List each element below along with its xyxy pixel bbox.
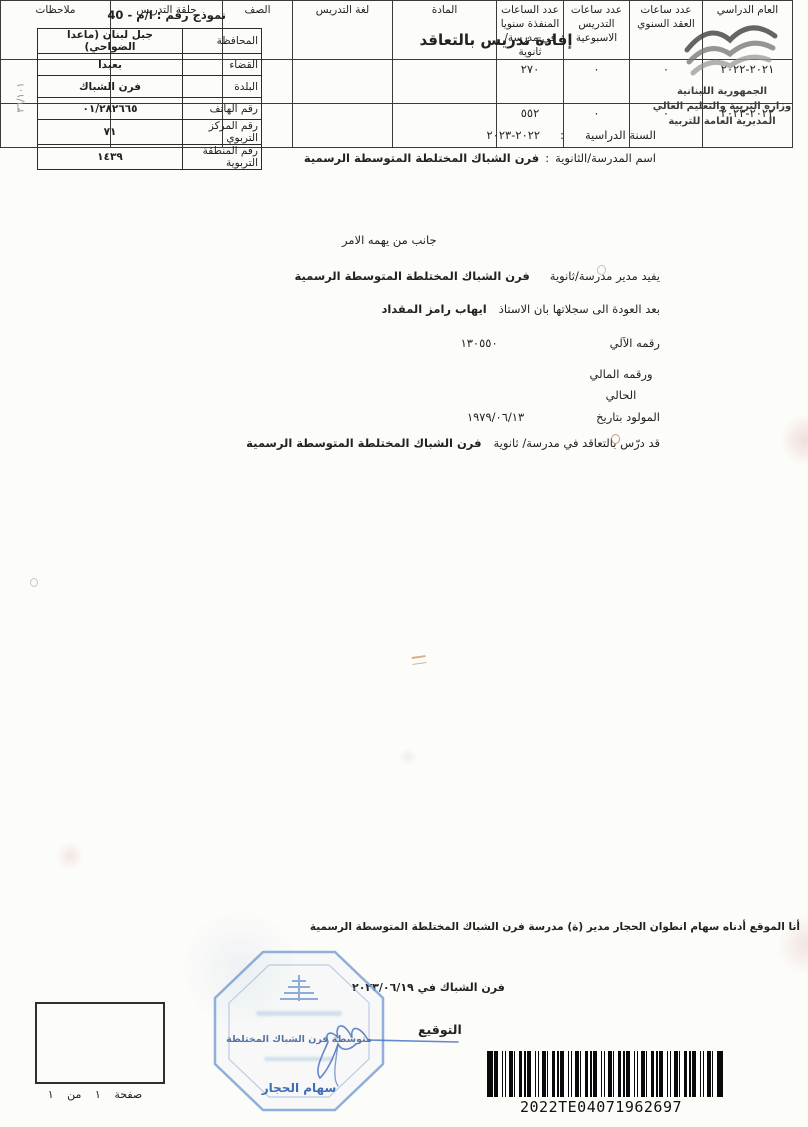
cell-subject [393, 60, 497, 104]
academic-year-line: السنة الدراسية:٢٠٢٢-٢٠٢٣ [487, 128, 656, 142]
birth-date-value: ١٩٧٩/٠٦/١٣ [467, 410, 524, 424]
salutation: جانب من يهمه الامر [342, 233, 437, 247]
scan-speck [30, 578, 38, 587]
teacher-name-value: ايهاب رامز المقداد [381, 302, 486, 316]
info-label: البلدة [183, 76, 262, 98]
statement-records-label: بعد العودة الى سجلاتها بان الاستاذ [499, 302, 660, 316]
table-row: البلدة فرن الشباك [38, 76, 262, 98]
statement-records-line: بعد العودة الى سجلاتها بان الاستاذايهاب … [381, 302, 660, 316]
handwritten-signature [298, 1008, 468, 1098]
taught-line: قد درّس بالتعاقد في مدرسة/ ثانويةفرن الش… [246, 436, 660, 450]
col-subject: المادة [393, 1, 497, 60]
page-number: صفحة ١ من ١ [28, 1088, 162, 1101]
table-row: رقم المركز التربوي ٧١ [38, 120, 262, 145]
ministry-text: الجمهورية اللبنانية وزارة التربية والتعل… [642, 84, 802, 129]
info-value: ١٤٣٩ [38, 145, 183, 170]
barcode-number: 2022TE04071962697 [487, 1098, 715, 1116]
auto-number-label: رقمه الآلي [610, 336, 660, 350]
info-label: رقم المركز التربوي [183, 120, 262, 145]
col-weekly-teaching-hours: عدد ساعات التدريس الاسبوعية [564, 1, 630, 60]
school-name-line: اسم المدرسة/الثانوية:فرن الشباك المختلطة… [304, 151, 656, 165]
page-title: إفادة تدريس بالتعاقد [378, 31, 614, 49]
info-label: رقم المنطقة التربوية [183, 145, 262, 170]
school-name-label: اسم المدرسة/الثانوية [555, 151, 656, 165]
form-number: نموذج رقم : ا/م - 40 [56, 8, 226, 22]
table-row: القضاء بعبدا [38, 54, 262, 76]
ministry-line-republic: الجمهورية اللبنانية [642, 84, 802, 99]
academic-year-label: السنة الدراسية [570, 128, 656, 142]
info-label: القضاء [183, 54, 262, 76]
info-table: المحافظة جبل لبنان (ماعدا الضواحي) القضا… [37, 28, 262, 170]
empty-stamp-box [35, 1002, 165, 1084]
barcode: 2022TE04071962697 [487, 1051, 715, 1116]
table-row: رقم الهاتف ٠١/٢٨٢٦٦٥ [38, 98, 262, 120]
table-row: المحافظة جبل لبنان (ماعدا الضواحي) [38, 29, 262, 54]
info-label: المحافظة [183, 29, 262, 54]
scan-speck [412, 655, 427, 665]
ministry-line-ministry: وزارة التربية والتعليم العالي [642, 99, 802, 114]
cell-weekly-hours: ٠ [564, 60, 630, 104]
cell-language [293, 60, 393, 104]
ministry-logo [660, 16, 800, 84]
colon: : [560, 128, 564, 142]
scan-speck [597, 265, 606, 275]
cell-language [293, 104, 393, 148]
info-value: جبل لبنان (ماعدا الضواحي) [38, 29, 183, 54]
handwritten-margin-note: ٣٦/١٠١ [16, 63, 27, 133]
birth-date-line: المولود بتاريخ١٩٧٩/٠٦/١٣ [467, 410, 660, 424]
declaration-text: أنا الموقع أدناه سهام انطوان الحجار مدير… [310, 921, 800, 933]
taught-label: قد درّس بالتعاقد في مدرسة/ ثانوية [493, 436, 660, 450]
cell-subject [393, 104, 497, 148]
barcode-bars-icon [487, 1051, 723, 1097]
colon: : [545, 151, 549, 165]
info-value: بعبدا [38, 54, 183, 76]
statement-school-value: فرن الشباك المختلطة المتوسطة الرسمية [294, 269, 529, 283]
auto-number-value: ١٣٠٥٥٠ [461, 336, 498, 350]
school-name-value: فرن الشباك المختلطة المتوسطة الرسمية [304, 151, 539, 165]
info-value: فرن الشباك [38, 76, 183, 98]
info-value: ٠١/٢٨٢٦٦٥ [38, 98, 183, 120]
auto-number-line: رقمه الآلي١٣٠٥٥٠ [461, 336, 660, 350]
table-row: رقم المنطقة التربوية ١٤٣٩ [38, 145, 262, 170]
cell-executed-hours: ٢٧٠ [497, 60, 564, 104]
academic-year-value: ٢٠٢٢-٢٠٢٣ [487, 128, 541, 142]
birth-date-label: المولود بتاريخ [596, 410, 660, 424]
document-page: نموذج رقم : ا/م - 40 المحافظة جبل لبنان … [0, 0, 808, 1127]
info-label: رقم الهاتف [183, 98, 262, 120]
info-value: ٧١ [38, 120, 183, 145]
scan-speck [611, 434, 620, 444]
ministry-line-directorate: المديرية العامة للتربية [642, 114, 802, 129]
finance-number-label: ورقمه المالي الحالي [582, 364, 660, 406]
col-executed-hours: عدد الساعات المنفذة سنويا في مدرسة/ثانوي… [497, 1, 564, 60]
open-book-icon [675, 16, 785, 80]
col-teaching-language: لغة التدريس [293, 1, 393, 60]
taught-school-value: فرن الشباك المختلطة المتوسطة الرسمية [246, 436, 481, 450]
